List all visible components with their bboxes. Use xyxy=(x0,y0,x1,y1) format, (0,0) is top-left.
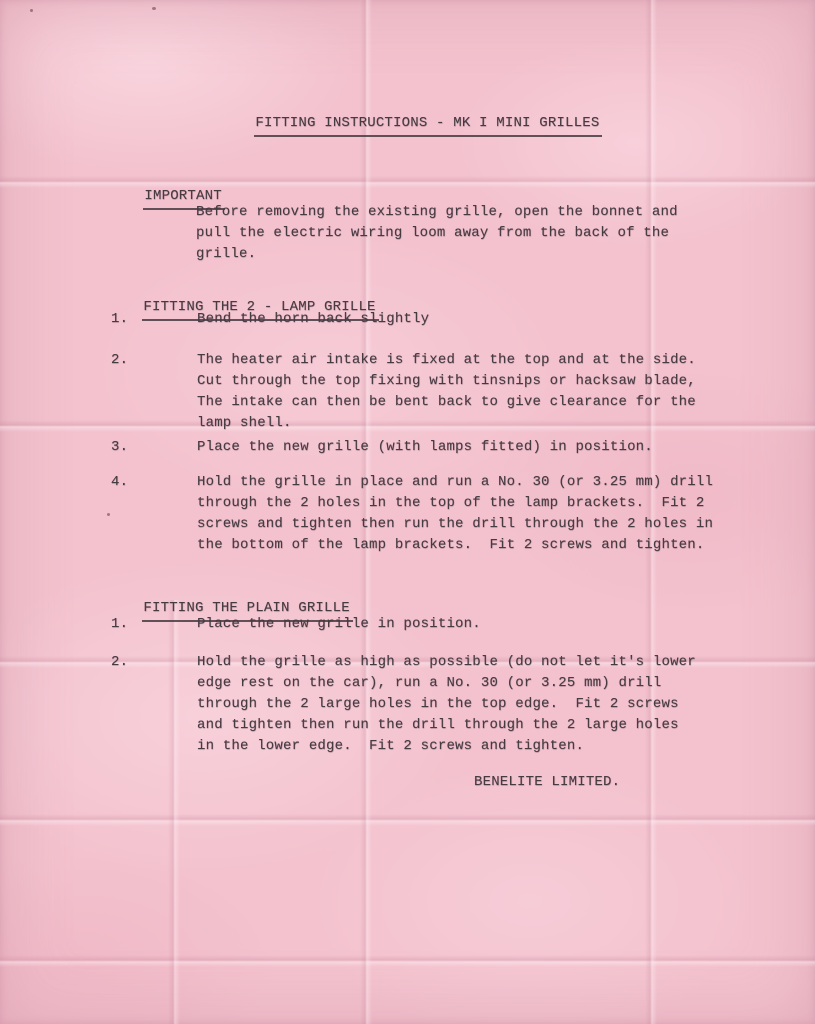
item-text: Place the new grille in position. xyxy=(197,614,481,635)
company-signature: BENELITE LIMITED. xyxy=(474,772,620,793)
item-text: Bend the horn back slightly xyxy=(197,309,429,330)
important-paragraph: Before removing the existing grille, ope… xyxy=(196,202,678,265)
item-number: 1. xyxy=(111,614,128,635)
paper-speck xyxy=(152,7,156,10)
fold-crease-vertical xyxy=(168,600,180,1024)
item-number: 2. xyxy=(111,652,128,673)
item-text: Place the new grille (with lamps fitted)… xyxy=(197,437,653,458)
fold-crease-horizontal xyxy=(0,814,815,826)
item-number: 1. xyxy=(111,309,128,330)
document-title-text: FITTING INSTRUCTIONS - MK I MINI GRILLES xyxy=(254,113,602,137)
item-text: Hold the grille in place and run a No. 3… xyxy=(197,472,713,556)
item-number: 3. xyxy=(111,437,128,458)
item-text: The heater air intake is fixed at the to… xyxy=(197,350,696,434)
item-text: Hold the grille as high as possible (do … xyxy=(197,652,696,757)
paper-speck xyxy=(30,9,33,12)
fold-crease-horizontal xyxy=(0,955,815,967)
paper-speck xyxy=(107,513,110,516)
document-title: FITTING INSTRUCTIONS - MK I MINI GRILLES xyxy=(220,92,602,158)
item-number: 2. xyxy=(111,350,128,371)
item-number: 4. xyxy=(111,472,128,493)
scanned-document-page: FITTING INSTRUCTIONS - MK I MINI GRILLES… xyxy=(0,0,815,1024)
